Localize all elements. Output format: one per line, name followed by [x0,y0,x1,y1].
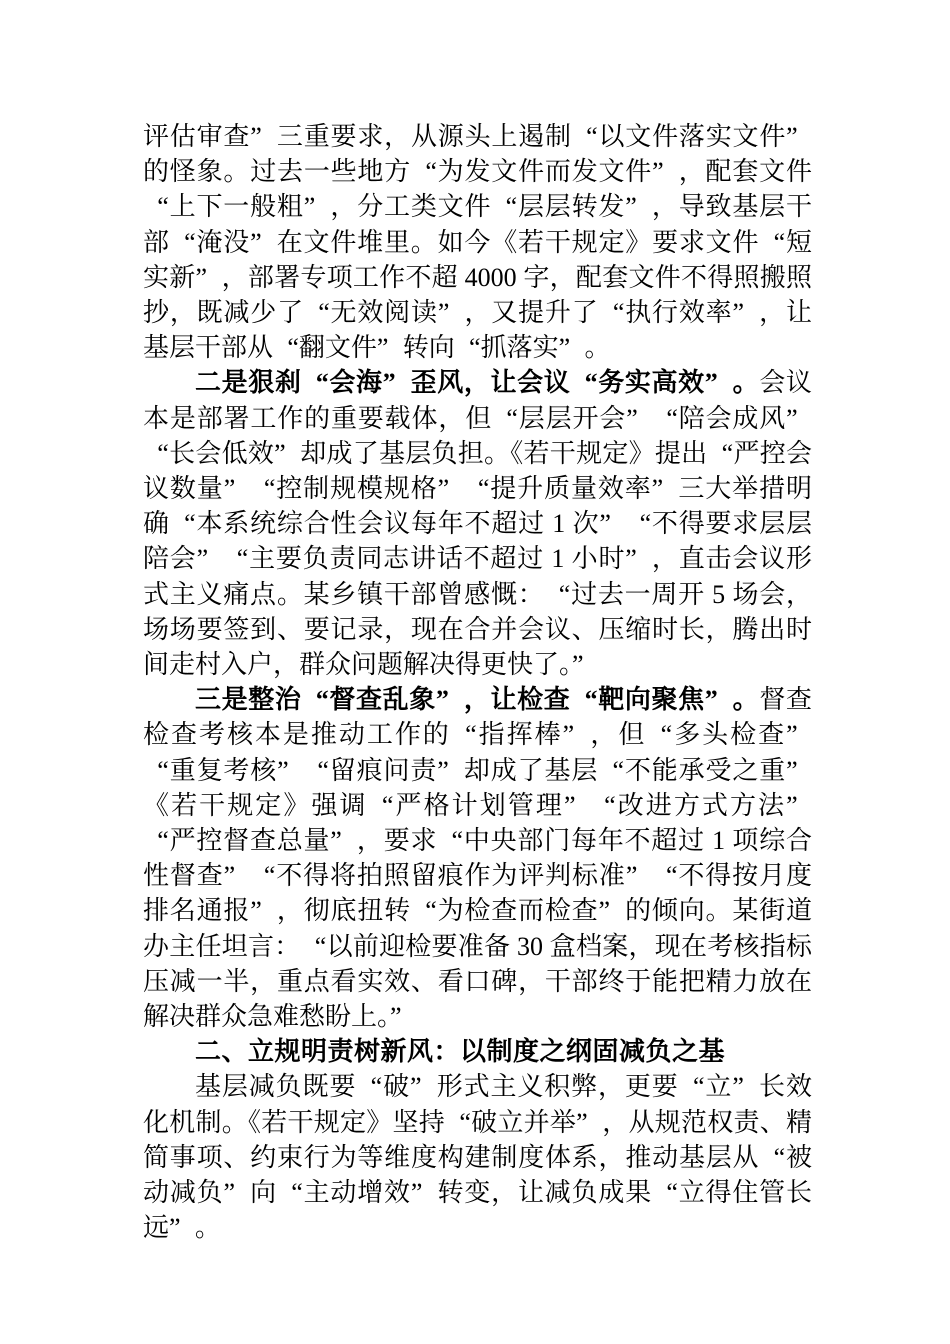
fullwidth-open-quote: “ [759,1143,785,1172]
fullwidth-open-quote: “ [302,368,329,397]
fullwidth-close-quote: ” [223,1178,249,1207]
fullwidth-open-quote: “ [302,685,329,714]
fullwidth-open-quote: “ [759,228,785,257]
fullwidth-close-quote: ” [625,544,651,573]
fullwidth-close-quote: ” [438,298,464,327]
fullwidth-close-quote: ” [224,474,250,503]
fullwidth-close-quote: ” [786,404,812,433]
paragraph: 评估审查”三重要求，从源头上遏制“以文件落实文件”的怪象。过去一些地方“为发文件… [143,119,812,365]
fullwidth-open-quote: “ [570,685,597,714]
paragraph-lead-bold: 三是整治“督查乱象”，让检查“靶向聚焦”。 [195,685,759,714]
fullwidth-close-quote: ” [438,474,464,503]
fullwidth-close-quote: ” [410,1072,436,1101]
fullwidth-open-quote: “ [590,791,616,820]
fullwidth-close-quote: ” [598,896,624,925]
fullwidth-open-quote: “ [572,122,598,151]
fullwidth-close-quote: ” [786,791,812,820]
fullwidth-open-quote: “ [464,474,490,503]
fullwidth-open-quote: “ [652,1178,678,1207]
fullwidth-close-quote: ” [330,826,356,855]
fullwidth-close-quote: ” [786,122,812,151]
paragraph: 三是整治“督查乱象”，让检查“靶向聚焦”。督查检查考核本是推动工作的“指挥棒”，… [143,682,812,1034]
fullwidth-close-quote: ” [304,192,330,221]
fullwidth-close-quote: ” [786,720,812,749]
document-body: 评估审查”三重要求，从源头上遏制“以文件落实文件”的怪象。过去一些地方“为发文件… [143,119,812,1246]
section-heading: 二、立规明责树新风：以制度之纲固减负之基 [143,1034,812,1069]
fullwidth-close-quote: ” [437,756,463,785]
fullwidth-open-quote: “ [300,932,326,961]
fullwidth-close-quote: ” [563,720,589,749]
fullwidth-open-quote: “ [356,1072,382,1101]
paragraph-text: 评估审查”三重要求，从源头上遏制“以文件落实文件”的怪象。过去一些地方“为发文件… [143,122,812,362]
fullwidth-close-quote: ” [197,544,223,573]
fullwidth-open-quote: “ [679,1072,705,1101]
fullwidth-close-quote: ” [169,1213,195,1242]
fullwidth-open-quote: “ [652,861,678,890]
paragraph: 基层减负既要“破”形式主义积弊，更要“立”长效化机制。《若干规定》坚持“破立并举… [143,1069,812,1245]
fullwidth-open-quote: “ [492,404,518,433]
fullwidth-open-quote: “ [277,1178,303,1207]
fullwidth-close-quote: ” [652,474,678,503]
paragraph-text: 会议本是部署工作的重要载体，但“层层开会”“陪会成风”“长会低效”却成了基层负担… [143,368,812,679]
fullwidth-close-quote: ” [626,404,652,433]
fullwidth-close-quote: ” [786,756,812,785]
fullwidth-open-quote: “ [170,509,196,538]
fullwidth-open-quote: “ [143,756,169,785]
fullwidth-open-quote: “ [411,157,437,186]
fullwidth-open-quote: “ [411,896,437,925]
fullwidth-close-quote: ” [274,439,300,468]
paragraph: 二是狠刹“会海”歪风，让会议“务实高效”。会议本是部署工作的重要载体，但“层层开… [143,365,812,682]
fullwidth-close-quote: ” [599,509,625,538]
fullwidth-close-quote: ” [224,861,250,890]
fullwidth-close-quote: ” [411,1178,437,1207]
fullwidth-close-quote: ” [196,263,222,292]
fullwidth-close-quote: ” [390,1002,416,1031]
fullwidth-open-quote: “ [599,298,625,327]
fullwidth-open-quote: “ [303,756,329,785]
fullwidth-open-quote: “ [491,192,517,221]
fullwidth-close-quote: ” [277,756,303,785]
paragraph-text: 督查检查考核本是推动工作的“指挥棒”，但“多头检查”“重复考核”“留痕问责”却成… [143,685,812,1031]
fullwidth-open-quote: “ [445,1108,471,1137]
fullwidth-open-quote: “ [455,333,481,362]
fullwidth-close-quote: ” [652,157,678,186]
document-page: 评估审查”三重要求，从源头上遏制“以文件落实文件”的怪象。过去一些地方“为发文件… [0,0,950,1344]
fullwidth-close-quote: ” [626,861,652,890]
fullwidth-open-quote: “ [143,192,169,221]
fullwidth-open-quote: “ [652,404,678,433]
fullwidth-open-quote: “ [544,580,570,609]
fullwidth-open-quote: “ [437,826,463,855]
fullwidth-open-quote: “ [625,509,651,538]
fullwidth-open-quote: “ [451,720,477,749]
fullwidth-close-quote: ” [436,685,463,714]
fullwidth-close-quote: ” [377,333,403,362]
fullwidth-close-quote: ” [572,650,598,679]
paragraph-lead-bold: 二、立规明责树新风：以制度之纲固减负之基 [195,1036,725,1066]
fullwidth-close-quote: ” [576,1108,602,1137]
fullwidth-open-quote: “ [368,791,394,820]
fullwidth-close-quote: ” [559,333,585,362]
fullwidth-open-quote: “ [304,298,330,327]
fullwidth-open-quote: “ [598,756,624,785]
fullwidth-open-quote: “ [143,826,169,855]
fullwidth-open-quote: “ [707,439,733,468]
fullwidth-open-quote: “ [250,474,276,503]
fullwidth-open-quote: “ [250,861,276,890]
fullwidth-open-quote: “ [222,544,248,573]
fullwidth-open-quote: “ [170,228,196,257]
fullwidth-close-quote: ” [250,228,276,257]
paragraph-lead-bold: 二是狠刹“会海”歪风，让会议“务实高效”。 [195,368,759,397]
fullwidth-close-quote: ” [732,1072,758,1101]
fullwidth-close-quote: ” [705,368,732,397]
fullwidth-close-quote: ” [250,896,276,925]
fullwidth-close-quote: ” [732,298,758,327]
paragraph-text: 基层减负既要“破”形式主义积弊，更要“立”长效化机制。《若干规定》坚持“破立并举… [143,1072,812,1242]
fullwidth-close-quote: ” [564,791,590,820]
fullwidth-close-quote: ” [705,685,732,714]
fullwidth-close-quote: ” [250,122,276,151]
fullwidth-open-quote: “ [143,439,169,468]
fullwidth-open-quote: “ [646,720,672,749]
fullwidth-open-quote: “ [570,368,597,397]
fullwidth-close-quote: ” [625,192,651,221]
fullwidth-close-quote: ” [383,368,410,397]
fullwidth-open-quote: “ [273,333,299,362]
